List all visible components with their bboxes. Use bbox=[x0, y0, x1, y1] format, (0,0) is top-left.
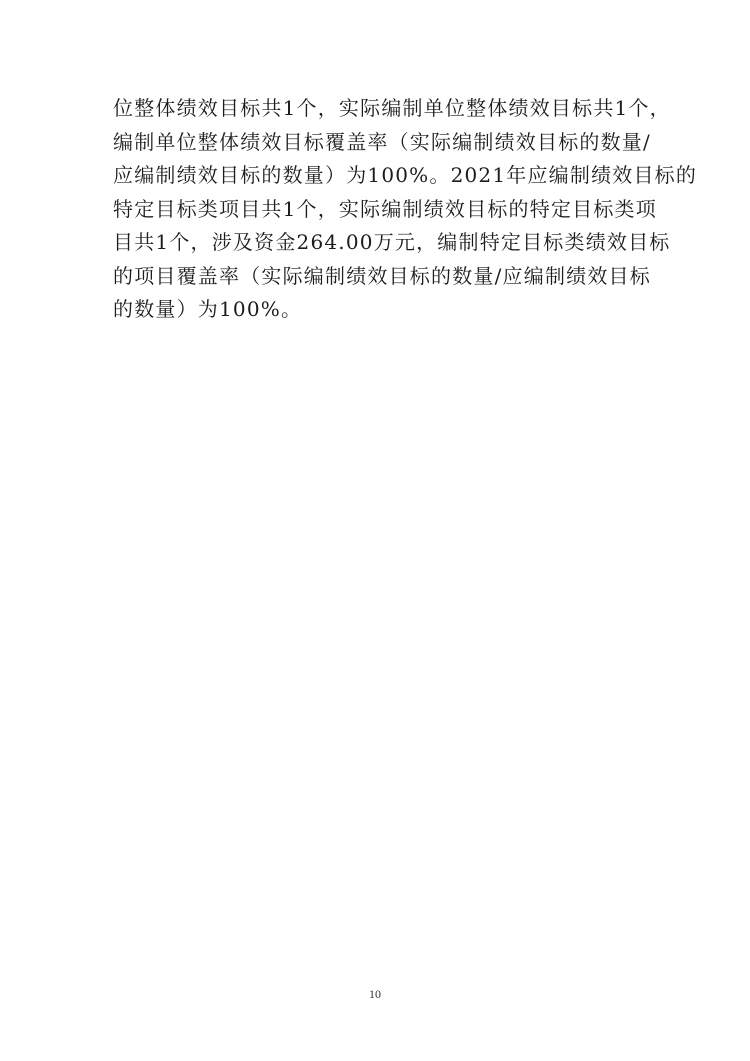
paragraph-line: 位整体绩效目标共1个，实际编制单位整体绩效目标共1个， bbox=[113, 92, 643, 126]
paragraph-line: 应编制绩效目标的数量）为100%。2021年应编制绩效目标的 bbox=[113, 159, 643, 193]
paragraph-line: 目共1个，涉及资金264.00万元，编制特定目标类绩效目标 bbox=[113, 226, 643, 260]
page-number: 10 bbox=[0, 987, 750, 1002]
paragraph-line: 编制单位整体绩效目标覆盖率（实际编制绩效目标的数量/ bbox=[113, 126, 643, 160]
document-page: 位整体绩效目标共1个，实际编制单位整体绩效目标共1个， 编制单位整体绩效目标覆盖… bbox=[0, 0, 750, 1061]
body-paragraph: 位整体绩效目标共1个，实际编制单位整体绩效目标共1个， 编制单位整体绩效目标覆盖… bbox=[113, 92, 643, 327]
paragraph-line: 特定目标类项目共1个，实际编制绩效目标的特定目标类项 bbox=[113, 193, 643, 227]
paragraph-line: 的数量）为100%。 bbox=[113, 293, 643, 327]
paragraph-line: 的项目覆盖率（实际编制绩效目标的数量/应编制绩效目标 bbox=[113, 260, 643, 294]
